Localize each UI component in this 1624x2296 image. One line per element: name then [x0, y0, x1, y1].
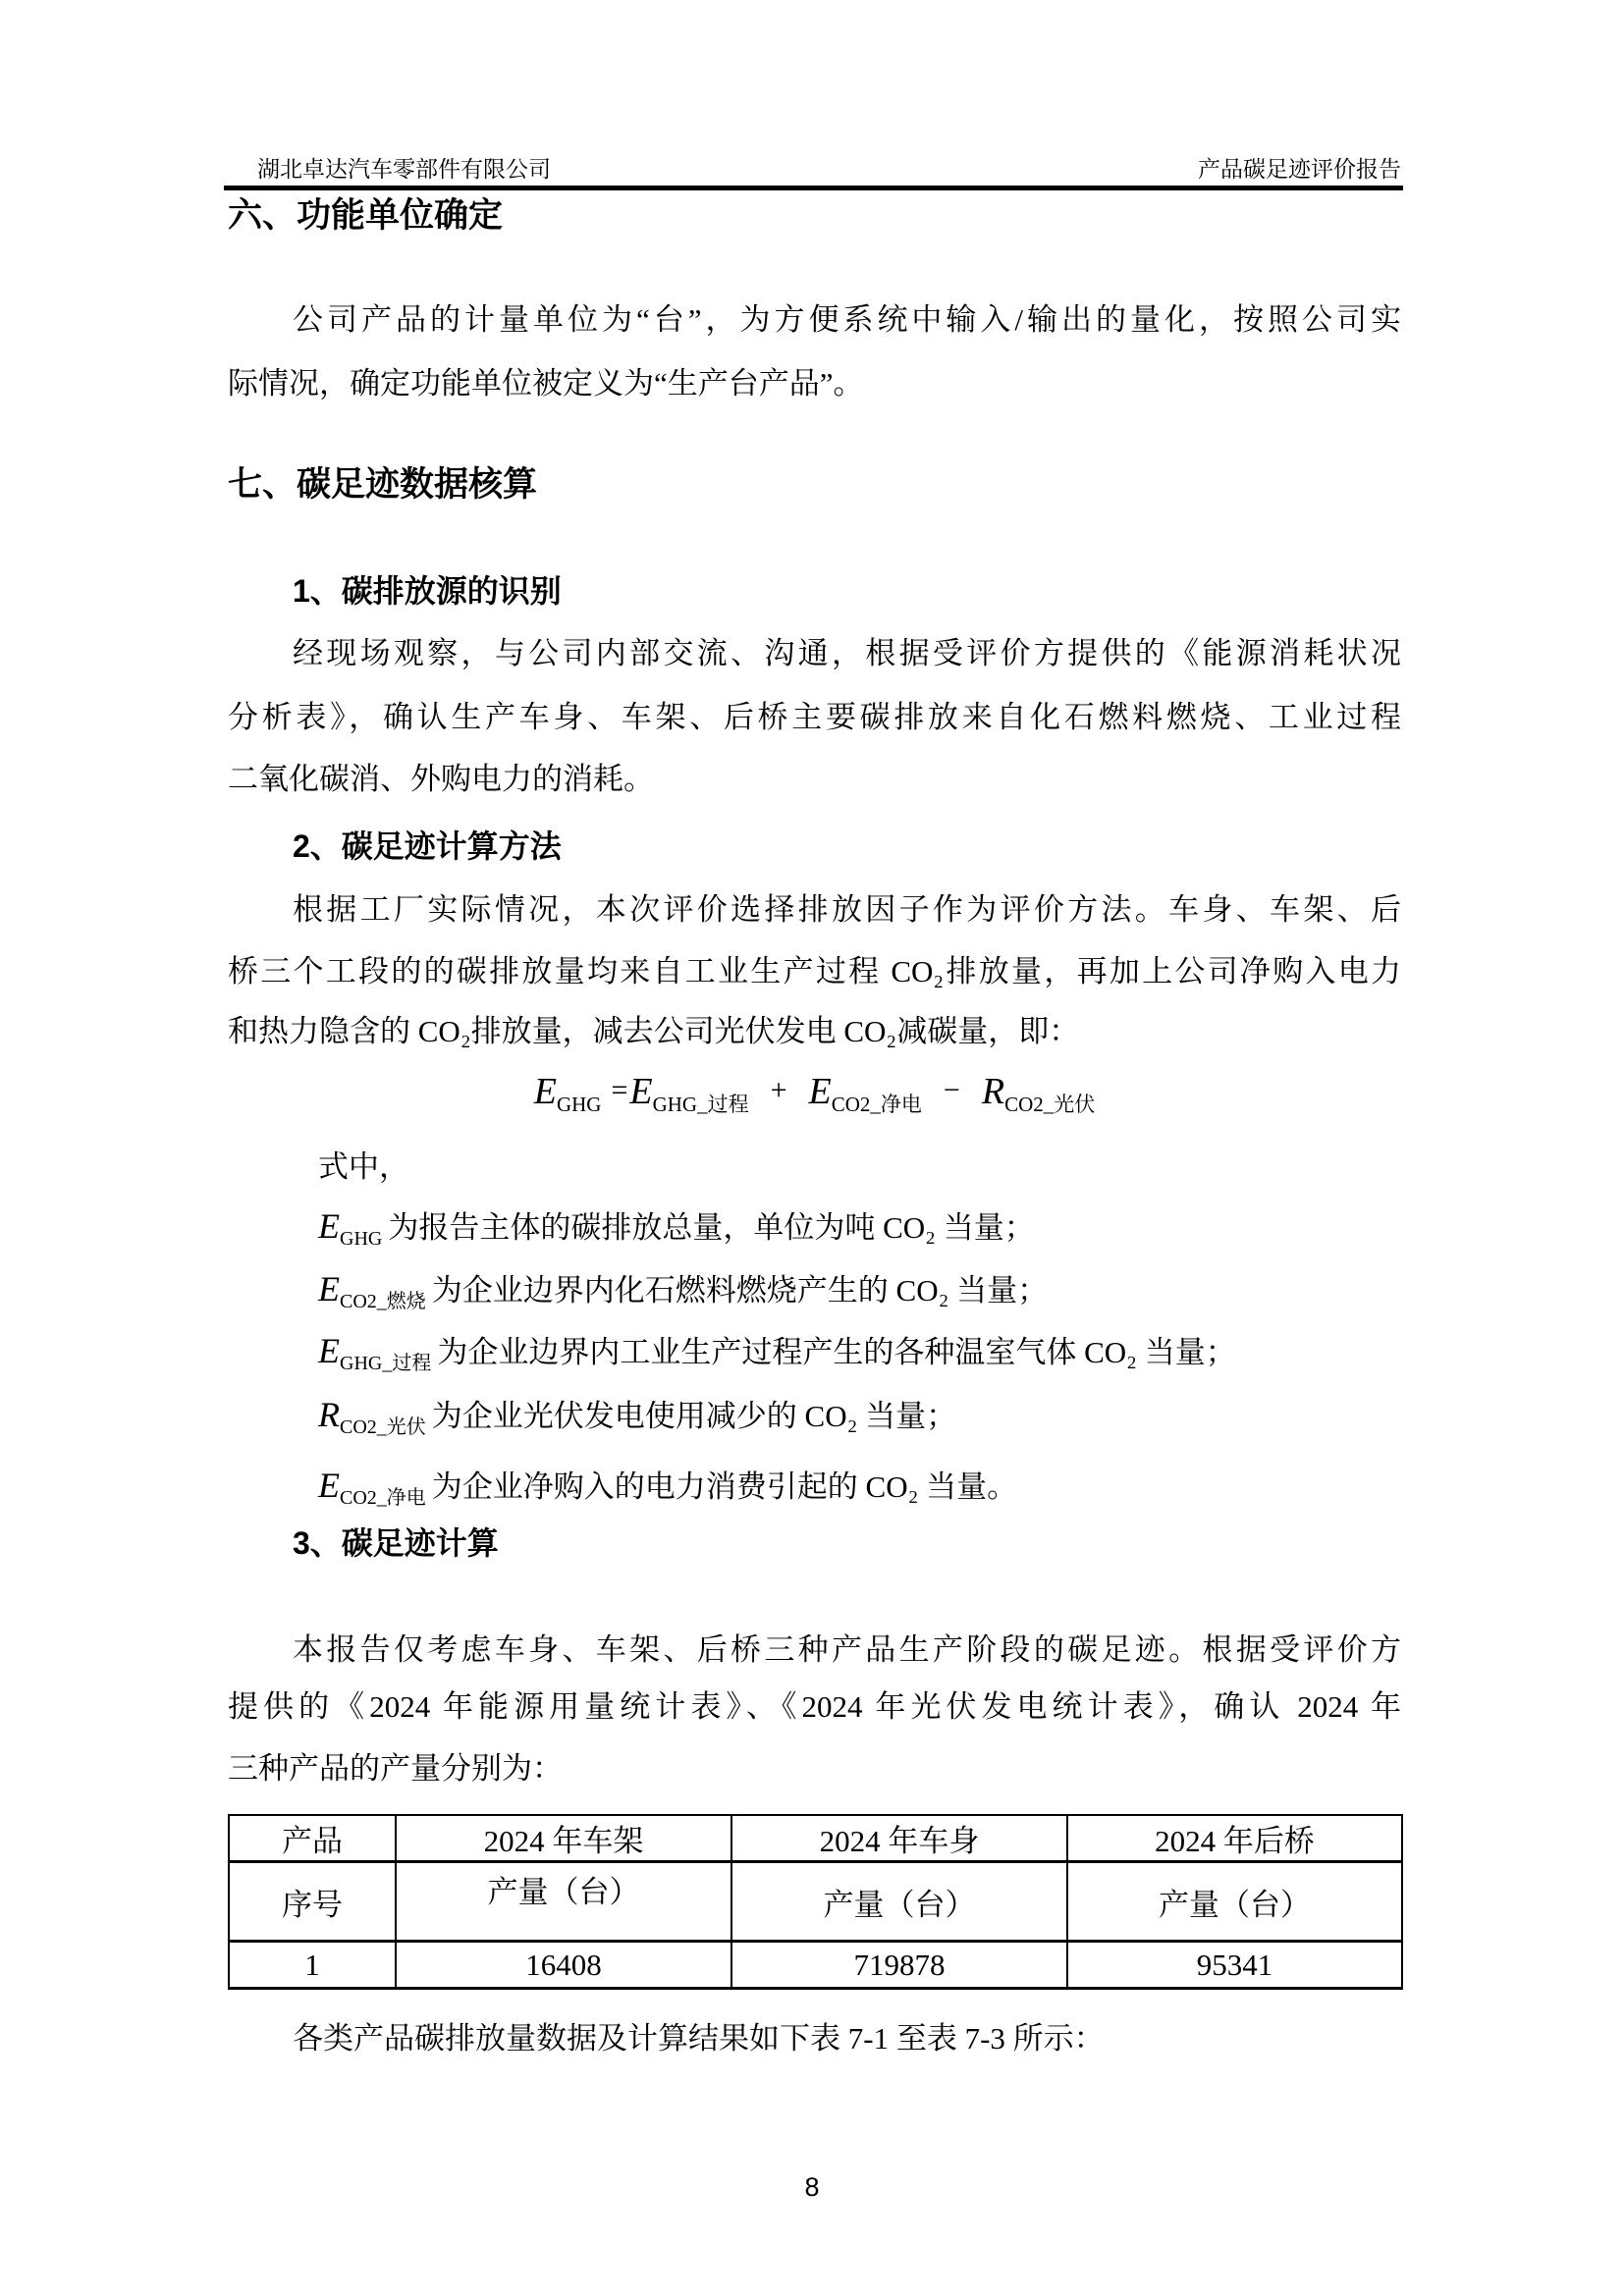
- closing-line: 各类产品碳排放量数据及计算结果如下表 7-1 至表 7-3 所示：: [228, 2018, 1401, 2059]
- formula-term3-subscript: CO2_光伏: [1004, 1093, 1095, 1116]
- table-label-cell: 序号: [229, 1862, 396, 1942]
- definition-line: ECO2_净电为企业净购入的电力消费引起的 CO₂ 当量。: [228, 1465, 1401, 1519]
- definition-subscript: GHG: [340, 1228, 382, 1250]
- table-label-cell: 产量（台）: [1067, 1862, 1402, 1942]
- page-number: 8: [0, 2172, 1624, 2203]
- formula-lhs-subscript: GHG: [557, 1093, 602, 1116]
- subsection-1-heading: 1、碳排放源的识别: [228, 570, 1401, 612]
- table-data-row: 1 16408 719878 95341: [229, 1942, 1402, 1989]
- production-volume-table: 产品 2024 年车架 2024 年车身 2024 年后桥 序号 产量（台） 产…: [228, 1814, 1403, 1990]
- table-data-cell: 719878: [731, 1942, 1067, 1989]
- report-page: 湖北卓达汽车零部件有限公司 产品碳足迹评价报告 六、功能单位确定 公司产品的计量…: [0, 0, 1624, 2296]
- formula-term2-subscript: CO2_净电: [832, 1093, 922, 1116]
- definition-line: EGHG_过程为企业边界内工业生产过程产生的各种温室气体 CO₂ 当量；: [228, 1330, 1401, 1384]
- table-label-row: 序号 产量（台） 产量（台） 产量（台）: [229, 1862, 1402, 1942]
- subsection-1-line-2: 分析表》，确认生产车身、车架、后桥主要碳排放来自化石燃料燃烧、工业过程: [228, 697, 1401, 738]
- definition-subscript: CO2_净电: [340, 1487, 426, 1509]
- definition-text: 为企业边界内工业生产过程产生的各种温室气体 CO₂ 当量；: [437, 1335, 1235, 1369]
- subsection-3-line-2: 提供的《2024 年能源用量统计表》、《2024 年光伏发电统计表》，确认 20…: [228, 1686, 1401, 1728]
- table-data-cell: 16408: [396, 1942, 731, 1989]
- definition-text: 为企业净购入的电力消费引起的 CO₂ 当量。: [432, 1469, 1017, 1504]
- section-6-line-2: 际情况，确定功能单位被定义为“生产台产品”。: [228, 363, 1401, 404]
- formula-plus-sign: +: [771, 1074, 787, 1106]
- definition-text: 为报告主体的碳排放总量，单位为吨 CO₂ 当量；: [388, 1210, 1034, 1245]
- table-label-cell: 产量（台）: [396, 1862, 731, 1942]
- header-divider-rule: [224, 186, 1403, 190]
- table-header-cell: 2024 年车架: [396, 1815, 731, 1862]
- table-header-cell: 产品: [229, 1815, 396, 1862]
- definition-line: RCO2_光伏为企业光伏发电使用减少的 CO₂ 当量；: [228, 1394, 1401, 1448]
- formula-lhs-symbol: E: [534, 1071, 557, 1112]
- subsection-3-line-1: 本报告仅考虑车身、车架、后桥三种产品生产阶段的碳足迹。根据受评价方: [228, 1629, 1401, 1671]
- definition-text: 为企业边界内化石燃料燃烧产生的 CO₂ 当量；: [432, 1273, 1048, 1308]
- definition-symbol: R: [318, 1395, 340, 1434]
- header-report-title: 产品碳足迹评价报告: [1198, 151, 1401, 184]
- subsection-1-line-3: 二氧化碳消、外购电力的消耗。: [228, 759, 1401, 800]
- table-header-row: 产品 2024 年车架 2024 年车身 2024 年后桥: [229, 1815, 1402, 1862]
- subsection-3-line-3: 三种产品的产量分别为：: [228, 1748, 1401, 1789]
- definition-subscript: CO2_燃烧: [340, 1291, 426, 1312]
- section-6-heading: 六、功能单位确定: [228, 195, 1401, 237]
- subsection-2-line-3: 和热力隐含的 CO₂排放量，减去公司光伏发电 CO₂减碳量，即：: [228, 1011, 1401, 1052]
- header-company-name: 湖北卓达汽车零部件有限公司: [228, 151, 551, 184]
- formula-term1-subscript: GHG_过程: [653, 1093, 749, 1116]
- definition-line: EGHG为报告主体的碳排放总量，单位为吨 CO₂ 当量；: [228, 1205, 1401, 1259]
- table-header-cell: 2024 年车身: [731, 1815, 1067, 1862]
- subsection-1-line-1: 经现场观察，与公司内部交流、沟通，根据受评价方提供的《能源消耗状况: [228, 633, 1401, 674]
- definition-subscript: GHG_过程: [340, 1353, 431, 1374]
- section-7-heading: 七、碳足迹数据核算: [228, 464, 1401, 506]
- formula-equals-sign: =: [611, 1074, 627, 1106]
- table-header-cell: 2024 年后桥: [1067, 1815, 1402, 1862]
- definition-symbol: E: [318, 1206, 340, 1246]
- definition-subscript: CO2_光伏: [340, 1416, 426, 1438]
- section-6-line-1: 公司产品的计量单位为“台”，为方便系统中输入/输出的量化，按照公司实: [228, 299, 1401, 341]
- table-label-cell: 产量（台）: [731, 1862, 1067, 1942]
- definition-symbol: E: [318, 1331, 340, 1370]
- formula-where-label: 式中，: [228, 1147, 1401, 1188]
- definition-text: 为企业光伏发电使用减少的 CO₂ 当量；: [432, 1399, 956, 1433]
- formula-minus-sign: −: [944, 1074, 960, 1106]
- definition-symbol: E: [318, 1466, 340, 1505]
- table-data-cell: 1: [229, 1942, 396, 1989]
- definition-symbol: E: [318, 1269, 340, 1308]
- subsection-2-line-1: 根据工厂实际情况，本次评价选择排放因子作为评价方法。车身、车架、后: [228, 889, 1401, 931]
- page-header: 湖北卓达汽车零部件有限公司 产品碳足迹评价报告: [228, 151, 1401, 184]
- subsection-2-heading: 2、碳足迹计算方法: [228, 826, 1401, 867]
- formula-term3-symbol: R: [982, 1071, 1004, 1112]
- formula-term2-symbol: E: [809, 1071, 832, 1112]
- definition-line: ECO2_燃烧为企业边界内化石燃料燃烧产生的 CO₂ 当量；: [228, 1268, 1401, 1322]
- subsection-3-heading: 3、碳足迹计算: [228, 1522, 1401, 1564]
- subsection-2-line-2: 桥三个工段的的碳排放量均来自工业生产过程 CO₂排放量，再加上公司净购入电力: [228, 951, 1401, 992]
- table-data-cell: 95341: [1067, 1942, 1402, 1989]
- formula-term1-symbol: E: [629, 1071, 652, 1112]
- ghg-formula: EGHG=EGHG_过程+ECO2_净电−RCO2_光伏: [228, 1070, 1401, 1118]
